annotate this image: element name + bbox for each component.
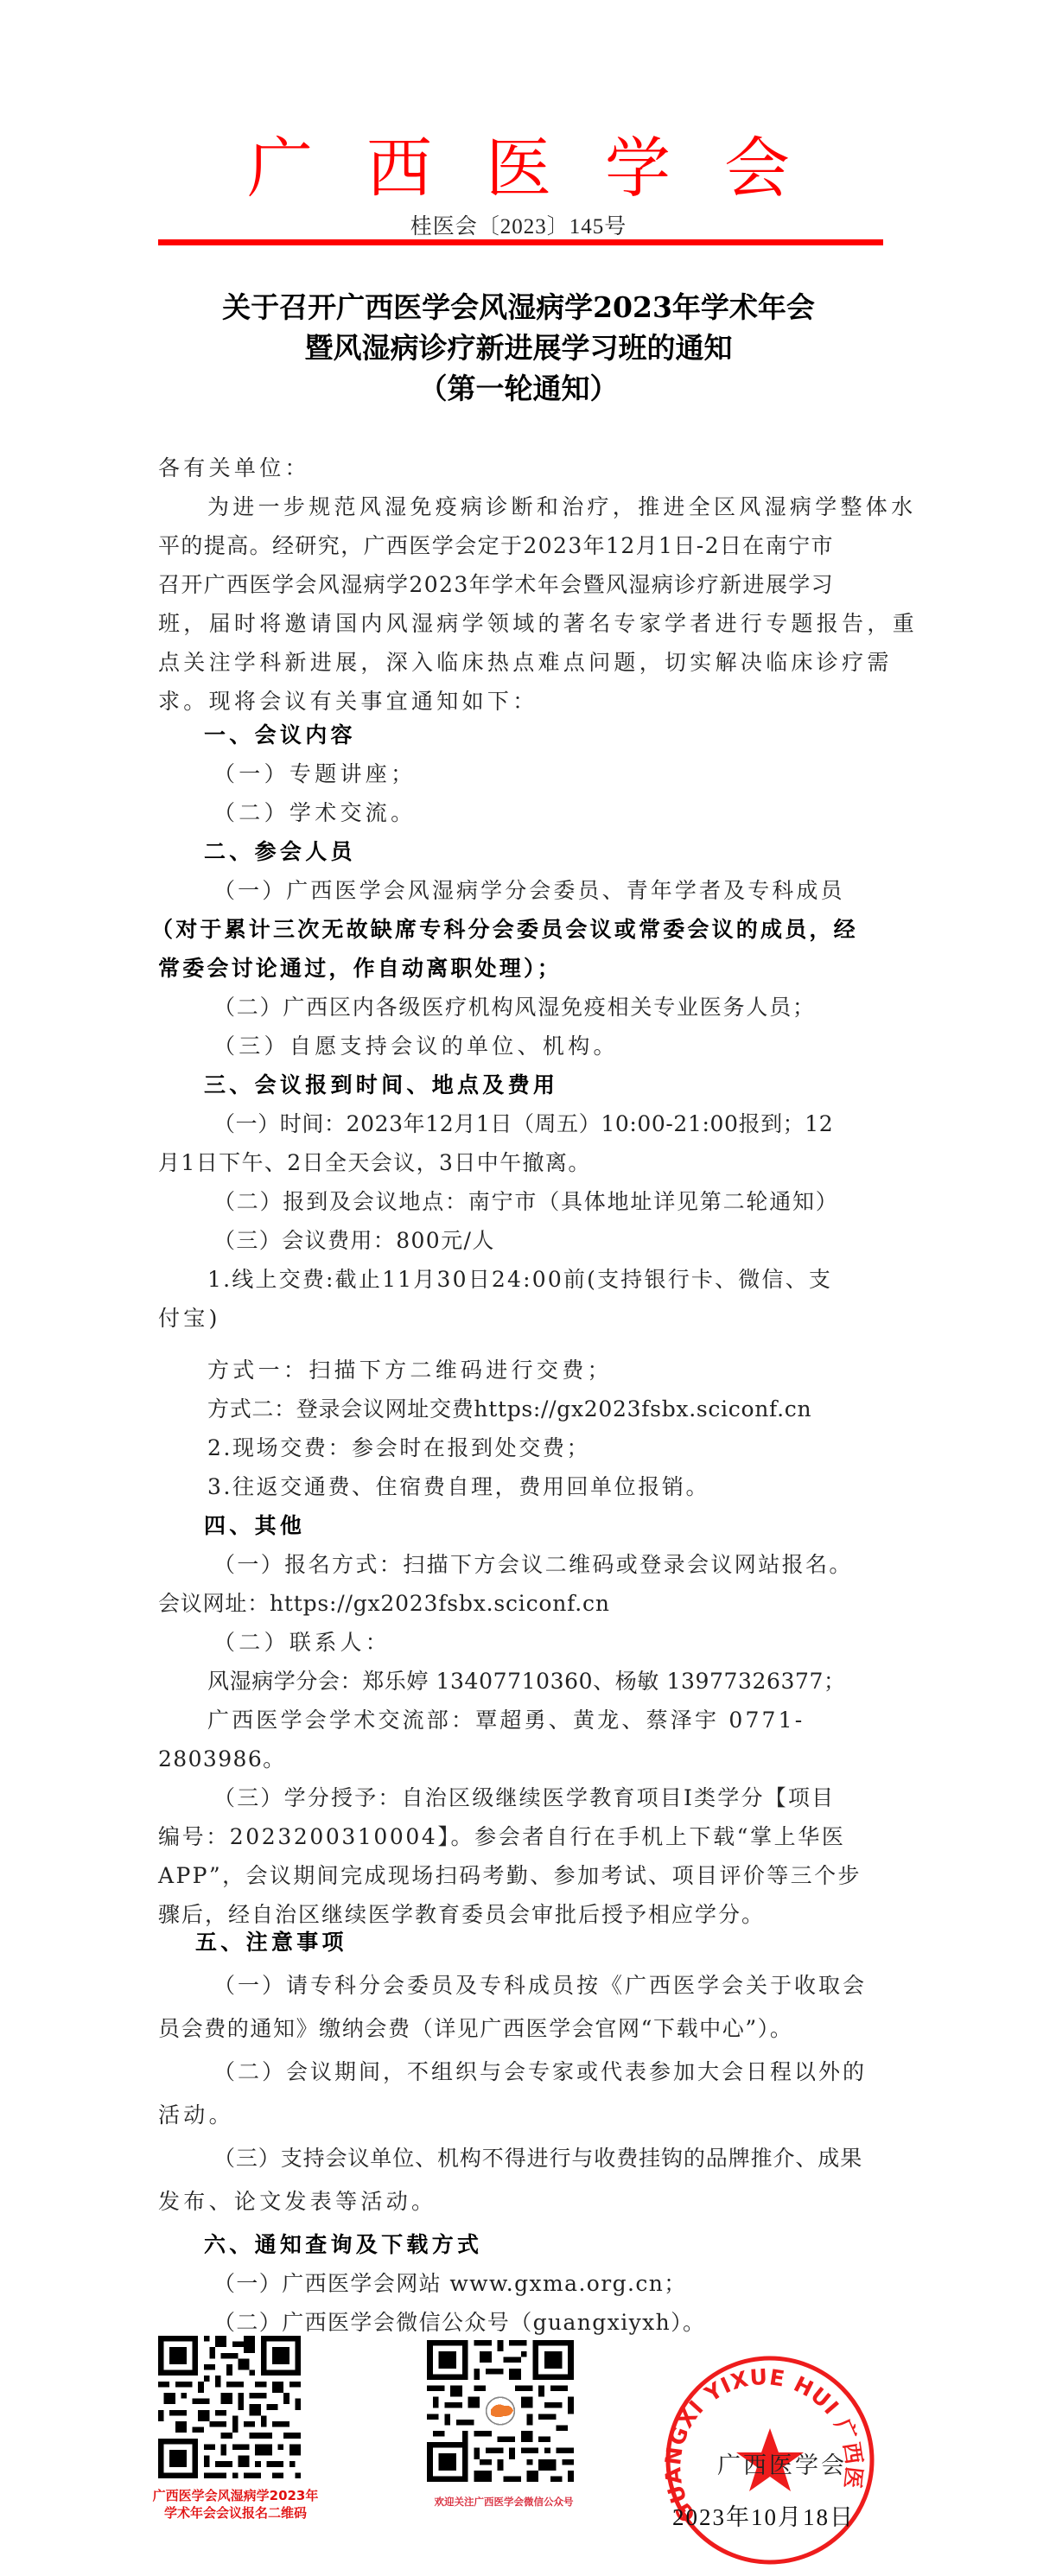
qr-code-with-logo-icon <box>427 2340 574 2482</box>
online-payment: 付宝) <box>158 1305 884 1333</box>
registration-qr-caption: 广西医学会风湿病学2023年 学术年会会议报名二维码 <box>130 2487 341 2522</box>
credit-award: APP”，会议期间完成现场扫码考勤、参加考试、项目评价等三个步 <box>158 1862 884 1890</box>
meeting-content-item: （一）专题讲座； <box>213 760 939 788</box>
meeting-content-item: （二）学术交流。 <box>213 799 939 827</box>
travel-expenses: 3.往返交通费、住宿费自理，费用回单位报销。 <box>207 1473 933 1501</box>
intro-line: 召开广西医学会风湿病学2023年学术年会暨风湿病诊疗新进展学习 <box>158 571 884 599</box>
wechat-qr-caption: 欢迎关注广西医学会微信公众号 <box>413 2495 595 2509</box>
svg-text:GUANGXI YIXUE HUI 广西医学会: GUANGXI YIXUE HUI 广西医学会 <box>664 2352 867 2527</box>
salutation: 各有关单位： <box>158 455 884 482</box>
payment-method-1: 方式一：扫描下方二维码进行交费； <box>207 1357 933 1384</box>
intro-line: 求。现将会议有关事宜通知如下： <box>158 688 884 716</box>
official-website[interactable]: （一）广西医学会网站 www.gxma.org.cn； <box>213 2270 939 2298</box>
intro-line: 平的提高。经研究，广西医学会定于2023年12月1日-2日在南宁市 <box>158 532 884 560</box>
intro-line: 为进一步规范风湿免疫病诊断和治疗，推进全区风湿病学整体水 <box>207 493 890 521</box>
letterhead-organization: 广西医学会 <box>0 130 1037 207</box>
registration-qr-caption-line-1: 广西医学会风湿病学2023年 <box>130 2487 341 2504</box>
section-heading-time-venue-fee: 三、会议报到时间、地点及费用 <box>204 1072 930 1099</box>
online-payment: 1.线上交费:截止11月30日24:00前(支持银行卡、微信、支 <box>207 1266 933 1294</box>
notice-page: 广西医学会 桂医会〔2023〕145号 关于召开广西医学会风湿病学2023年学术… <box>0 0 1037 2576</box>
attendees-item: （一）广西医学会风湿病学分会委员、青年学者及专科成员 <box>213 877 939 905</box>
letterhead-divider <box>158 239 883 245</box>
contact-branch: 风湿病学分会：郑乐婷 13407710360、杨敏 13977326377； <box>207 1668 933 1695</box>
attendees-note-bold: 常委会讨论通过，作自动离职处理）； <box>158 955 884 983</box>
section-heading-attendees: 二、参会人员 <box>204 838 930 866</box>
registration-method: （一）报名方式：扫描下方会议二维码或登录会议网站报名。 <box>213 1551 939 1579</box>
contact-academic-dept: 广西医学会学术交流部：覃超勇、黄龙、蔡泽宇 0771- <box>207 1707 933 1734</box>
wechat-account: （二）广西医学会微信公众号（guangxiyxh）。 <box>213 2309 939 2337</box>
section-heading-notes: 五、注意事项 <box>195 1929 921 1956</box>
document-title-line-1: 关于召开广西医学会风湿病学2023年学术年会 <box>0 290 1037 325</box>
conference-website[interactable]: 会议网址：https://gx2023fsbx.sciconf.cn <box>158 1590 884 1618</box>
credit-award: 骤后，经自治区继续医学教育委员会审批后授予相应学分。 <box>158 1901 884 1929</box>
wechat-qr-code[interactable] <box>427 2340 574 2482</box>
credit-award: 编号：2023200310004】。参会者自行在手机上下载“掌上华医 <box>158 1823 884 1851</box>
document-title-line-2: 暨风湿病诊疗新进展学习班的通知 <box>0 331 1037 366</box>
onsite-payment: 2.现场交费：参会时在报到处交费； <box>207 1434 933 1462</box>
document-number: 桂医会〔2023〕145号 <box>0 214 1037 240</box>
note-item: （二）会议期间，不组织与会专家或代表参加大会日程以外的 <box>213 2058 939 2086</box>
signature-date: 2023年10月18日 <box>672 2503 855 2531</box>
note-item: 活动。 <box>158 2102 884 2129</box>
document-title-line-3: （第一轮通知） <box>0 372 1037 406</box>
note-item: （三）支持会议单位、机构不得进行与收费挂钩的品牌推介、成果 <box>213 2145 939 2172</box>
time-detail: （一）时间：2023年12月1日（周五）10:00-21:00报到；12 <box>213 1110 939 1138</box>
section-heading-other: 四、其他 <box>204 1512 930 1540</box>
registration-qr-caption-line-2: 学术年会会议报名二维码 <box>130 2504 341 2522</box>
intro-line: 点关注学科新进展，深入临床热点难点问题，切实解决临床诊疗需 <box>158 649 884 677</box>
section-heading-query-download: 六、通知查询及下载方式 <box>204 2231 930 2259</box>
note-item: 员会费的通知》缴纳会费（详见广西医学会官网“下载中心”）。 <box>158 2015 884 2043</box>
qr-code-icon <box>158 2336 301 2478</box>
note-item: （一）请专科分会委员及专科成员按《广西医学会关于收取会 <box>213 1972 939 2000</box>
registration-qr-code[interactable] <box>158 2336 301 2478</box>
attendees-item: （二）广西区内各级医疗机构风湿免疫相关专业医务人员； <box>213 994 939 1021</box>
intro-line: 班，届时将邀请国内风湿病学领域的著名专家学者进行专题报告，重 <box>158 610 884 638</box>
venue-detail: （二）报到及会议地点：南宁市（具体地址详见第二轮通知） <box>213 1188 939 1216</box>
signature-organization: 广西医学会 <box>717 2452 847 2480</box>
fee-detail: （三）会议费用：800元/人 <box>213 1227 939 1255</box>
section-heading-meeting-content: 一、会议内容 <box>204 722 930 749</box>
attendees-item: （三）自愿支持会议的单位、机构。 <box>213 1033 939 1060</box>
payment-method-2: 方式二：登录会议网址交费https://gx2023fsbx.sciconf.c… <box>207 1396 933 1423</box>
contacts-label: （二）联系人： <box>213 1629 939 1657</box>
credit-award: （三）学分授予：自治区级继续医学教育项目Ⅰ类学分【项目 <box>213 1784 939 1812</box>
note-item: 发布、论文发表等活动。 <box>158 2188 884 2216</box>
attendees-note-bold: （对于累计三次无故缺席专科分会委员会议或常委会议的成员，经 <box>151 916 877 944</box>
contact-academic-dept: 2803986。 <box>158 1746 884 1773</box>
time-detail: 月1日下午、2日全天会议，3日中午撤离。 <box>158 1149 884 1177</box>
